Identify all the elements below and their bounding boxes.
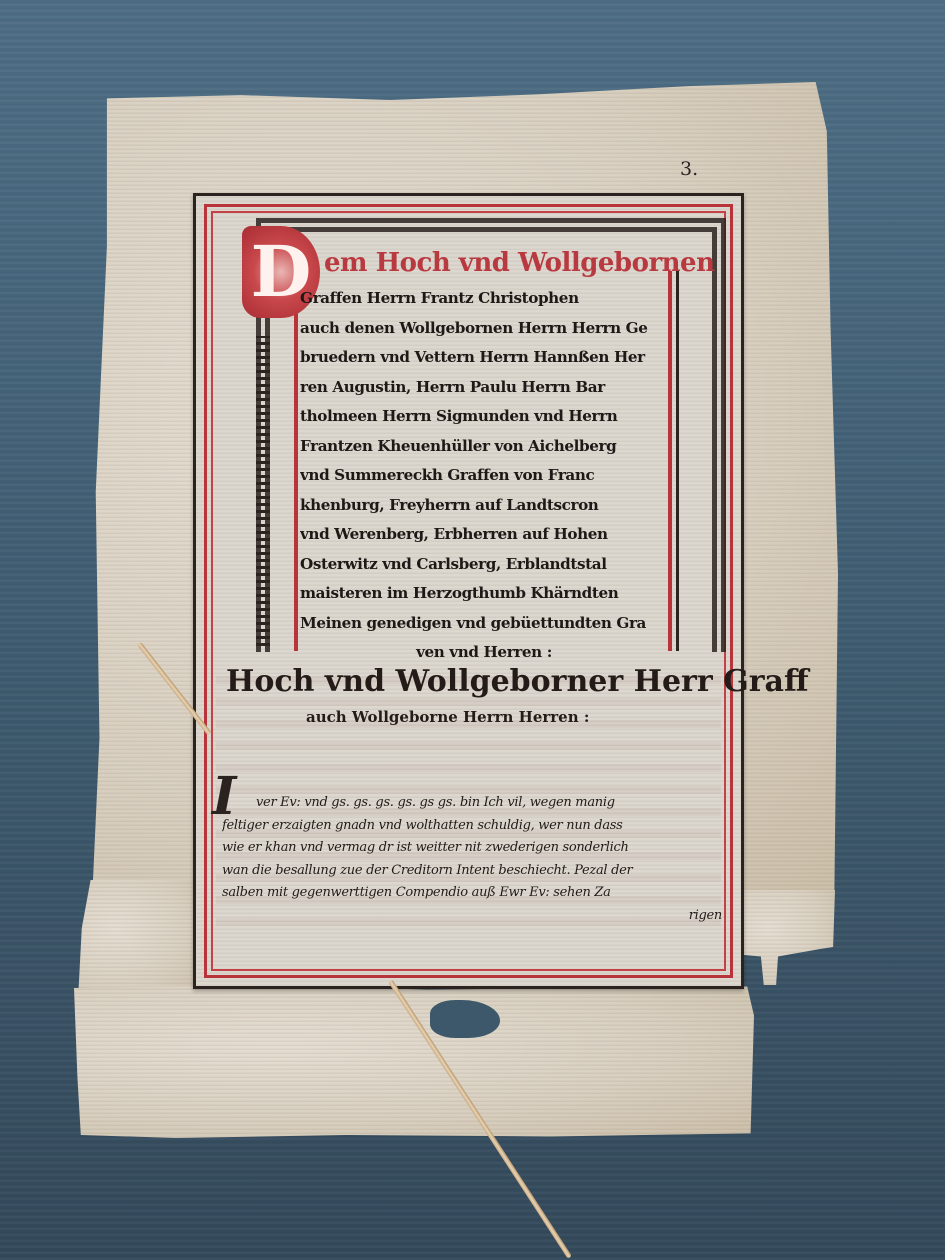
address-line: ren Augustin, Herrn Paulu Herrn Bar bbox=[300, 373, 668, 403]
address-line: vnd Summereckh Graffen von Franc bbox=[300, 461, 668, 491]
body-line: wan die besallung zue der Creditorn Inte… bbox=[222, 860, 722, 883]
address-line: khenburg, Freyherrn auf Landtscron bbox=[300, 491, 668, 521]
body-line: salben mit gegenwerttigen Compendio auß … bbox=[222, 882, 722, 905]
black-rule-right bbox=[676, 271, 679, 651]
calligraphy-panel: D em Hoch vnd Wollgebornen Graffen Herrn… bbox=[193, 193, 744, 989]
address-line: maisteren im Herzogthumb Khärndten bbox=[300, 579, 668, 609]
body-line: ver Ev: vnd gs. gs. gs. gs. gs gs. bin I… bbox=[222, 792, 722, 815]
salutation-line-2: auch Wollgeborne Herrn Herren : bbox=[306, 708, 589, 726]
address-block: Graffen Herrn Frantz Christophen auch de… bbox=[300, 284, 668, 668]
red-rule-right bbox=[668, 271, 672, 651]
page-number: 3. bbox=[680, 158, 698, 180]
address-line: bruedern vnd Vettern Herrn Hannßen Her bbox=[300, 343, 668, 373]
address-line: vnd Werenberg, Erbherren auf Hohen bbox=[300, 520, 668, 550]
paper-tear-hole bbox=[430, 1000, 500, 1038]
letter-body: ver Ev: vnd gs. gs. gs. gs. gs gs. bin I… bbox=[222, 792, 722, 927]
address-line: Frantzen Kheuenhüller von Aichelberg bbox=[300, 432, 668, 462]
paper-left-fragment bbox=[78, 880, 204, 1000]
catchword: rigen bbox=[222, 905, 722, 928]
paper-lower-fragment bbox=[74, 985, 754, 1138]
body-line: wie er khan vnd vermag dr ist weitter ni… bbox=[222, 837, 722, 860]
rubric-heading: em Hoch vnd Wollgebornen bbox=[324, 248, 715, 278]
body-line: feltiger erzaigten gnadn vnd wolthatten … bbox=[222, 815, 722, 838]
address-line: Meinen genedigen vnd gebüettundten Gra bbox=[300, 609, 668, 639]
address-line: Graffen Herrn Frantz Christophen bbox=[300, 284, 668, 314]
address-line: auch denen Wollgebornen Herrn Herrn Ge bbox=[300, 314, 668, 344]
red-rule-left bbox=[294, 271, 298, 651]
salutation-line-1: Hoch vnd Wollgeborner Herr Graff bbox=[226, 664, 809, 699]
ornamental-border-left bbox=[256, 336, 270, 646]
address-line: Osterwitz vnd Carlsberg, Erblandtstal bbox=[300, 550, 668, 580]
address-line: tholmeen Herrn Sigmunden vnd Herrn bbox=[300, 402, 668, 432]
